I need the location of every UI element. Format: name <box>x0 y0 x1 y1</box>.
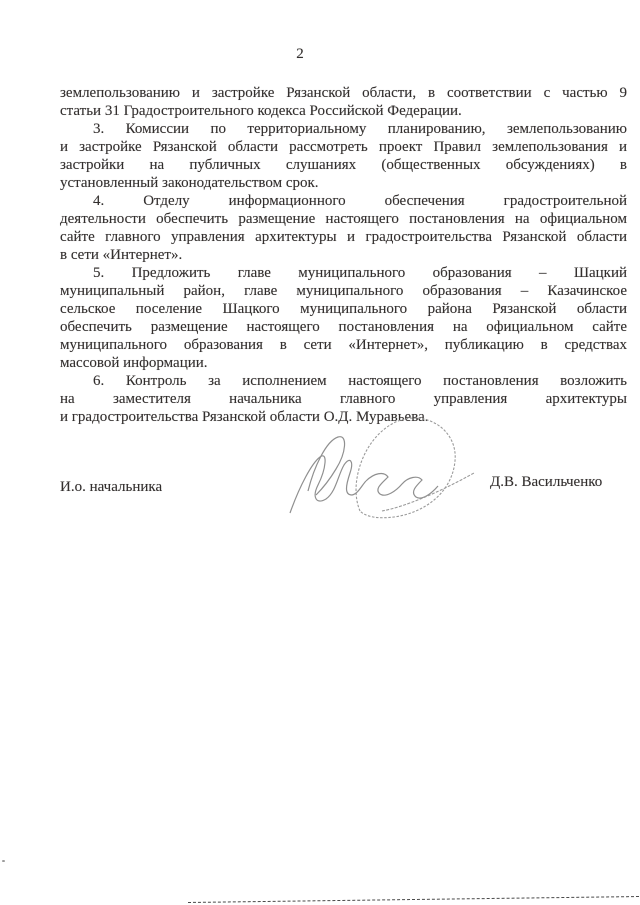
text-line: обеспечить размещение настоящего постано… <box>60 318 627 336</box>
handwritten-signature <box>286 413 478 525</box>
text-line: землепользованию и застройке Рязанской о… <box>60 84 627 102</box>
text-line: муниципальный район, главе муниципальног… <box>60 282 627 300</box>
text-line: 6. Контроль за исполнением настоящего по… <box>60 372 627 390</box>
scan-speck <box>2 860 5 862</box>
page-number: 2 <box>0 45 600 63</box>
signer-position: И.о. начальника <box>60 478 162 496</box>
text-line: деятельности обеспечить размещение насто… <box>60 210 627 228</box>
text-line: 4. Отделу информационного обеспечения гр… <box>60 192 627 210</box>
paragraph-item-4: 4. Отделу информационного обеспечения гр… <box>60 192 627 264</box>
text-line: массовой информации. <box>60 354 627 372</box>
text-line: в сети «Интернет». <box>60 246 627 264</box>
paragraph-item-5: 5. Предложить главе муниципального образ… <box>60 264 627 372</box>
text-line: и застройке Рязанской области рассмотрет… <box>60 138 627 156</box>
text-line: муниципального образования в сети «Интер… <box>60 336 627 354</box>
text-line: установленный законодательством срок. <box>60 174 627 192</box>
text-line: застройки на публичных слушаниях (общест… <box>60 156 627 174</box>
text-line: сельское поселение Шацкого муниципальног… <box>60 300 627 318</box>
text-line: статьи 31 Градостроительного кодекса Рос… <box>60 102 627 120</box>
signer-name: Д.В. Васильченко <box>490 473 602 491</box>
text-line: 5. Предложить главе муниципального образ… <box>60 264 627 282</box>
paragraph-item-3: 3. Комиссии по территориальному планиров… <box>60 120 627 192</box>
paragraph-continuation: землепользованию и застройке Рязанской о… <box>60 84 627 120</box>
document-body: землепользованию и застройке Рязанской о… <box>60 84 627 426</box>
scanned-document-page: 2 землепользованию и застройке Рязанской… <box>0 0 640 905</box>
scan-edge-artifact <box>188 896 640 903</box>
text-line: на заместителя начальника главного управ… <box>60 390 627 408</box>
text-line: сайте главного управления архитектуры и … <box>60 228 627 246</box>
text-line: 3. Комиссии по территориальному планиров… <box>60 120 627 138</box>
